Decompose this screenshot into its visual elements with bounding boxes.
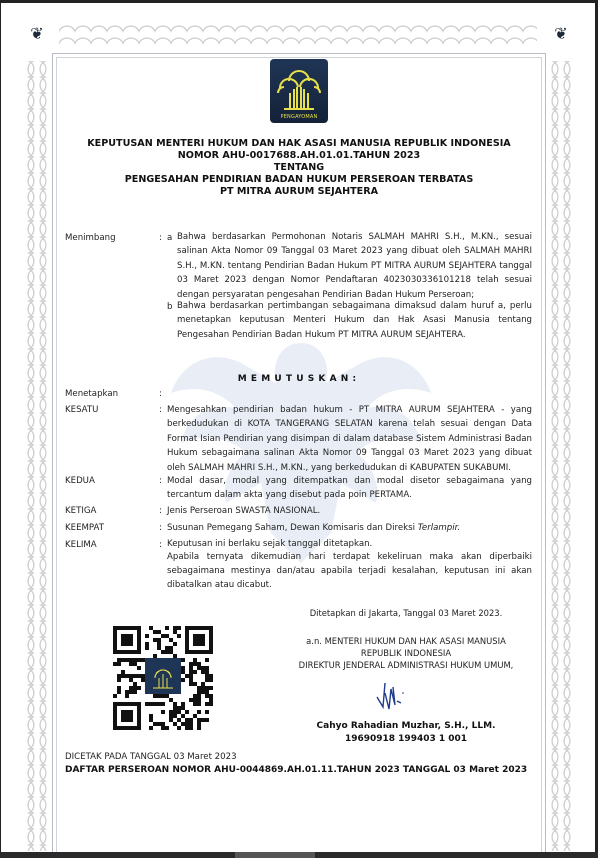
clause-text-kelima: Keputusan ini berlaku sejak tanggal dite…: [167, 538, 532, 593]
certificate-page: ❦ ❦ PENGAYOMAN KEPUTUSAN MENTERI HUKUM D…: [1, 3, 595, 852]
menimbang-letter-a: a: [167, 233, 172, 243]
signatory-name: Cahyo Rahadian Muzhar, S.H., LLM.: [256, 720, 556, 733]
register-number: DAFTAR PERSEROAN NOMOR AHU-0044869.AH.01…: [65, 765, 527, 775]
clause-colon: :: [159, 540, 162, 550]
document-heading: KEPUTUSAN MENTERI HUKUM DAN HAK ASASI MA…: [61, 138, 537, 198]
on-behalf-line1: a.n. MENTERI HUKUM DAN HAK ASASI MANUSIA: [256, 636, 556, 648]
clause-label-kedua: KEDUA: [65, 476, 95, 486]
memutuskan-heading: MEMUTUSKAN:: [61, 374, 537, 384]
corner-ornament-icon: ❦: [552, 25, 570, 43]
clause-text-keempat: Susunan Pemegang Saham, Dewan Komisaris …: [167, 521, 532, 535]
clause-colon: :: [159, 523, 162, 533]
clause-text-kelima-line1: Keputusan ini berlaku sejak tanggal dite…: [167, 538, 532, 550]
clause-text-kedua: Modal dasar, modal yang ditempatkan dan …: [167, 474, 532, 503]
decorative-border-top: [59, 23, 537, 47]
decree-number: NOMOR AHU-0017688.AH.01.01.TAHUN 2023: [61, 150, 537, 162]
clause-label-keempat: KEEMPAT: [65, 523, 104, 533]
signatory-nip: 19690918 199403 1 001: [256, 733, 556, 746]
signatory-position: DIREKTUR JENDERAL ADMINISTRASI HUKUM UMU…: [256, 660, 556, 672]
clause-label-ketiga: KETIGA: [65, 506, 96, 516]
clause-colon: :: [159, 476, 162, 486]
menimbang-item-b: Bahwa berdasarkan pertimbangan sebagaima…: [177, 299, 532, 342]
logo-caption: PENGAYOMAN: [270, 114, 328, 120]
menimbang-letter-b: b: [167, 302, 172, 312]
clause-text-keempat-italic: Terlampir.: [418, 523, 460, 533]
menimbang-item-a: Bahwa berdasarkan Permohonan Notaris SAL…: [177, 230, 532, 302]
clause-colon: :: [159, 506, 162, 516]
menimbang-label: Menimbang: [65, 233, 116, 243]
menimbang-colon: :: [159, 233, 162, 243]
horizontal-scrollbar[interactable]: [0, 852, 598, 858]
clause-text-ketiga: Jenis Perseroan SWASTA NASIONAL.: [167, 504, 532, 518]
clause-label-kesatu: KESATU: [65, 405, 98, 415]
heading-title: KEPUTUSAN MENTERI HUKUM DAN HAK ASASI MA…: [61, 138, 537, 150]
menetapkan-colon: :: [159, 389, 162, 399]
clause-colon: :: [159, 405, 162, 415]
clause-text-kesatu: Mengesahkan pendirian badan hukum - PT M…: [167, 403, 532, 475]
printed-date: DICETAK PADA TANGGAL 03 Maret 2023: [65, 752, 237, 762]
signature-icon: [373, 679, 413, 719]
clause-label-kelima: KELIMA: [65, 540, 97, 550]
heading-subject: PENGESAHAN PENDIRIAN BADAN HUKUM PERSERO…: [61, 174, 537, 186]
clause-text-kelima-line2: Apabila ternyata dikemudian hari terdapa…: [167, 550, 532, 593]
decorative-border-left: [25, 61, 49, 851]
scrollbar-thumb[interactable]: [235, 852, 315, 858]
qr-code-icon[interactable]: [113, 626, 213, 730]
pengayoman-logo: PENGAYOMAN: [270, 59, 328, 123]
company-name: PT MITRA AURUM SEJAHTERA: [61, 186, 537, 198]
corner-ornament-icon: ❦: [28, 25, 46, 43]
heading-tentang: TENTANG: [61, 162, 537, 174]
clause-text-keempat-main: Susunan Pemegang Saham, Dewan Komisaris …: [167, 523, 418, 533]
menetapkan-label: Menetapkan: [65, 389, 118, 399]
place-date: Ditetapkan di Jakarta, Tanggal 03 Maret …: [256, 608, 556, 620]
on-behalf-line2: REPUBLIK INDONESIA: [256, 648, 556, 660]
